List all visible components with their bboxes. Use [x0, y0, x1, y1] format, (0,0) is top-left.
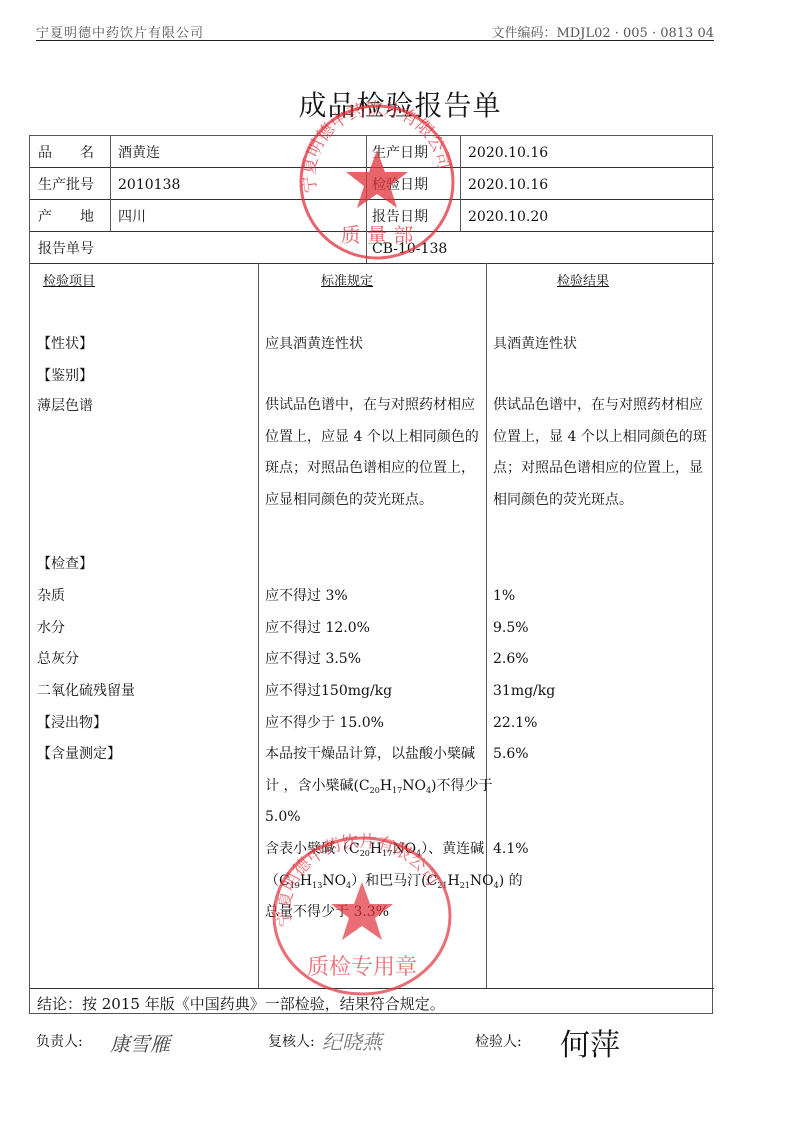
row-standard-line: 含表小檗碱（C20H17NO4）、黄连碱	[265, 841, 484, 862]
prod-date-value: 2020.10.16	[468, 145, 548, 161]
prod-date-label: 生产日期	[372, 145, 428, 161]
row-result: 1%	[493, 588, 515, 604]
row-item: 杂质	[37, 588, 65, 604]
conclusion: 结论：按 2015 年版《中国药典》一部检验，结果符合规定。	[37, 996, 445, 1012]
col-divider	[366, 136, 367, 263]
row-result: 22.1%	[493, 715, 537, 731]
row-divider	[30, 199, 714, 200]
report-no-label: 报告单号	[38, 241, 94, 257]
col-divider	[110, 136, 111, 231]
row-item: 【性状】	[37, 336, 93, 352]
row-standard: 应不得过 3%	[265, 588, 348, 604]
row-divider	[30, 988, 714, 989]
row-result: 供试品色谱中，在与对照药材相应位置上，显 4 个以上相同颜色的斑点；对照品色谱相…	[493, 390, 711, 516]
row-standard-line: 总量不得少于 3.3%	[265, 904, 389, 920]
row-divider	[30, 231, 714, 232]
reviewer-signature: 纪晓燕	[322, 1026, 382, 1055]
page-header: 宁夏明德中药饮片有限公司 文件编码：MDJL02 · 005 · 0813 04	[36, 0, 714, 41]
row-item: 【含量测定】	[37, 746, 121, 762]
row-item: 二氧化硫残留量	[37, 683, 135, 699]
row-result: 31mg/kg	[493, 683, 555, 699]
report-title: 成品检验报告单	[0, 84, 800, 124]
row-standard: 供试品色谱中，在与对照药材相应位置上，应显 4 个以上相同颜色的斑点；对照品色谱…	[265, 390, 483, 516]
row-standard-line: 计 ，含小檗碱(C20H17NO4)不得少于	[265, 778, 493, 799]
reviewer-label: 复核人:	[268, 1034, 315, 1050]
document-code: 文件编码：MDJL02 · 005 · 0813 04	[492, 22, 715, 41]
row-standard-line: 本品按干燥品计算，以盐酸小檗碱	[265, 746, 475, 762]
inspector-label: 检验人:	[475, 1034, 522, 1050]
row-divider	[30, 263, 714, 264]
inspect-date-label: 检验日期	[372, 177, 428, 193]
batch-label: 生产批号	[38, 177, 94, 193]
col-header-standard: 标准规定	[321, 274, 373, 290]
row-standard: 应不得过150mg/kg	[265, 683, 392, 699]
row-item: 总灰分	[37, 651, 79, 667]
responsible-signature: 康雪雁	[110, 1028, 170, 1057]
col-header-item: 检验项目	[43, 274, 95, 290]
col-header-result: 检验结果	[557, 274, 609, 290]
svg-text:质检专用章: 质检专用章	[307, 955, 417, 980]
col-divider	[258, 263, 259, 988]
batch-value: 2010138	[118, 177, 180, 193]
inspector-signature: 何萍	[560, 1020, 620, 1064]
row-item: 【鉴别】	[37, 368, 93, 384]
row-result: 9.5%	[493, 620, 529, 636]
company-name: 宁夏明德中药饮片有限公司	[36, 22, 204, 41]
row-divider	[30, 167, 714, 168]
product-name-label: 品 名	[38, 145, 94, 161]
responsible-label: 负责人:	[36, 1034, 83, 1050]
row-item: 【检查】	[37, 556, 93, 572]
product-name-value: 酒黄连	[118, 145, 160, 161]
row-standard-line: （C19H13NO4）和巴马汀(C21H21NO4) 的	[265, 873, 523, 894]
row-standard: 应不得过 3.5%	[265, 651, 361, 667]
origin-label: 产 地	[38, 209, 94, 225]
row-result: 具酒黄连性状	[493, 336, 577, 352]
row-item: 薄层色谱	[37, 398, 93, 414]
col-divider	[460, 136, 461, 231]
report-no-value: CB-10-138	[372, 241, 447, 257]
row-result: 5.6%	[493, 746, 529, 762]
row-item: 【浸出物】	[37, 715, 107, 731]
row-result: 2.6%	[493, 651, 529, 667]
row-standard-line: 5.0%	[265, 809, 301, 825]
row-result: 4.1%	[493, 841, 529, 857]
report-table: 品 名 酒黄连 生产批号 2010138 产 地 四川 报告单号 CB-10-1…	[29, 135, 713, 1014]
row-item: 水分	[37, 620, 65, 636]
row-standard: 应不得过 12.0%	[265, 620, 370, 636]
row-standard: 应不得少于 15.0%	[265, 715, 384, 731]
inspect-date-value: 2020.10.16	[468, 177, 548, 193]
report-date-value: 2020.10.20	[468, 209, 548, 225]
row-standard: 应具酒黄连性状	[265, 336, 363, 352]
report-date-label: 报告日期	[372, 209, 428, 225]
origin-value: 四川	[118, 209, 146, 225]
